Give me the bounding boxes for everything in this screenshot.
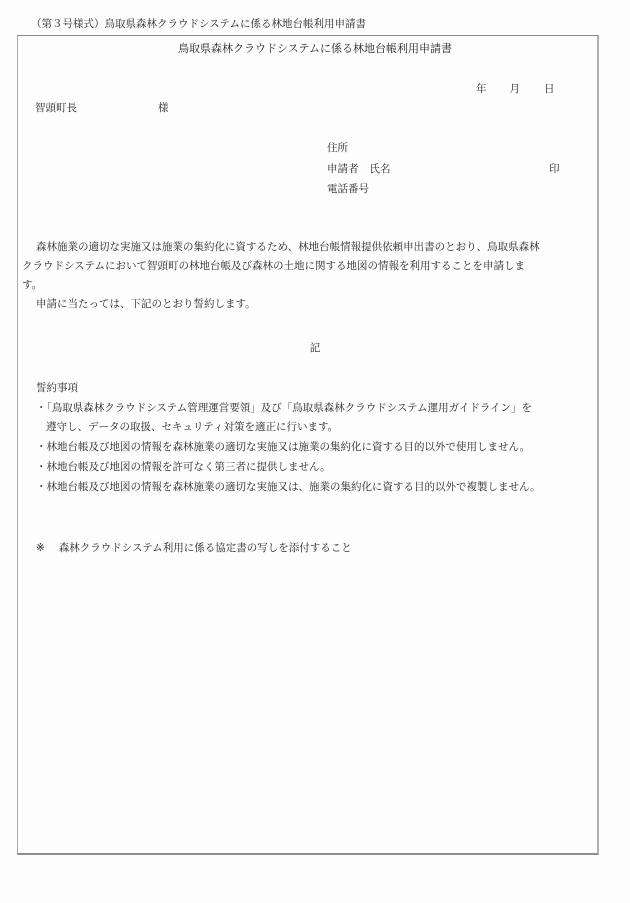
pledge-item-line: ・林地台帳及び地図の情報を許可なく第三者に提供しません。: [36, 458, 596, 477]
attachment-note: ※森林クラウドシステム利用に係る協定書の写しを添付すること: [36, 540, 352, 555]
form-number-label: （第３号様式）鳥取県森林クラウドシステムに係る林地台帳利用申請書: [31, 16, 366, 31]
date-field: 年月日: [476, 81, 555, 96]
pledge-item: ・林地台帳及び地図の情報を許可なく第三者に提供しません。: [36, 458, 596, 477]
pledge-item: ・林地台帳及び地図の情報を森林施業の適切な実施又は、施業の集約化に資する目的以外…: [36, 478, 596, 497]
addressee-honorific: 様: [158, 100, 169, 115]
date-year-label: 年: [476, 81, 487, 96]
pledge-item-line: ・林地台帳及び地図の情報を森林施業の適切な実施又は、施業の集約化に資する目的以外…: [36, 478, 596, 497]
date-day-label: 日: [544, 81, 555, 96]
pledge-item-line: ・林地台帳及び地図の情報を森林施業の適切な実施又は施業の集約化に資する目的以外で…: [36, 438, 596, 457]
pledge-item: ・「鳥取県森林クラウドシステム管理運営要領」及び「鳥取県森林クラウドシステム運用…: [36, 399, 596, 437]
statement-line-3: す。: [22, 276, 602, 295]
reference-mark-icon: ※: [36, 542, 45, 554]
ki-heading: 記: [0, 340, 630, 355]
pledge-item-line: 遵守し、データの取扱、セキュリティ対策を適正に行います。: [36, 418, 596, 437]
pledge-item: ・林地台帳及び地図の情報を森林施業の適切な実施又は施業の集約化に資する目的以外で…: [36, 438, 596, 457]
addressee-name: 智頭町長: [35, 102, 77, 114]
attachment-note-text: 森林クラウドシステム利用に係る協定書の写しを添付すること: [59, 542, 352, 554]
pledge-intro: 申請に当たっては、下記のとおり誓約します。: [36, 296, 256, 311]
applicant-role-label: 申請者: [327, 163, 359, 175]
seal-mark: 印: [549, 161, 560, 176]
pledge-item-line: ・「鳥取県森林クラウドシステム管理運営要領」及び「鳥取県森林クラウドシステム運用…: [36, 399, 596, 418]
statement-line-2: クラウドシステムにおいて智頭町の林地台帳及び森林の土地に関する地図の情報を利用す…: [22, 257, 602, 276]
statement-line-1: 森林施業の適切な実施又は施業の集約化に資するため、林地台帳情報提供依頼申出書のと…: [22, 238, 602, 257]
applicant-phone-label: 電話番号: [327, 181, 369, 196]
applicant-name-row: 申請者氏名: [327, 161, 391, 176]
addressee: 智頭町長 様: [35, 100, 77, 115]
applicant-address-label: 住所: [327, 140, 348, 155]
document-title: 鳥取県森林クラウドシステムに係る林地台帳利用申請書: [0, 40, 630, 56]
pledge-heading: 誓約事項: [36, 380, 78, 395]
date-month-label: 月: [510, 81, 521, 96]
application-statement: 森林施業の適切な実施又は施業の集約化に資するため、林地台帳情報提供依頼申出書のと…: [22, 238, 602, 295]
applicant-name-label: 氏名: [370, 163, 391, 175]
